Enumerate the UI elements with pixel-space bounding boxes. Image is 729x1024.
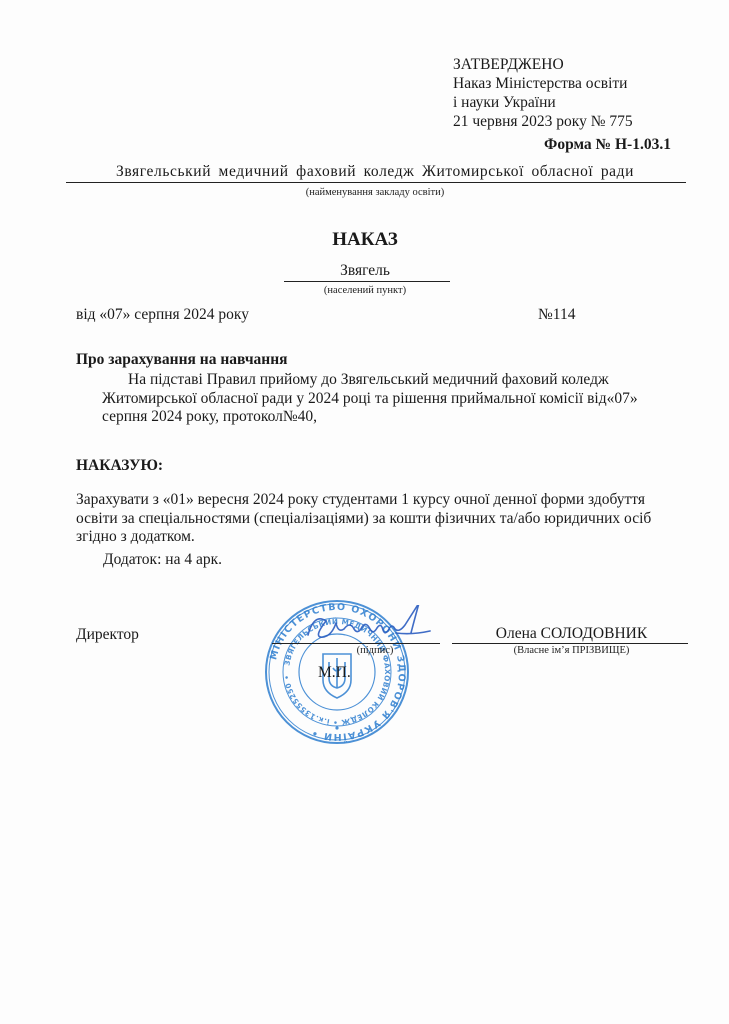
city-underline: [284, 281, 450, 282]
city-name: Звягель: [285, 262, 445, 280]
signatory-name: Олена СОЛОДОВНИК: [455, 625, 688, 643]
institution-underline: [66, 182, 686, 183]
name-underline: [452, 643, 688, 644]
order-text: Зарахувати з «01» вересня 2024 року студ…: [76, 491, 676, 547]
approval-line: і науки України: [453, 93, 633, 112]
city-caption: (населений пункт): [285, 285, 445, 296]
document-title: НАКАЗ: [240, 229, 490, 251]
form-number: Форма № Н-1.03.1: [544, 136, 671, 154]
name-caption: (Власне ім’я ПРІЗВИЩЕ): [455, 645, 688, 656]
basis-text: На підставі Правил прийому до Звягельськ…: [76, 371, 676, 427]
document-page: ЗАТВЕРДЖЕНО Наказ Міністерства освіти і …: [0, 0, 729, 1024]
approval-line: ЗАТВЕРДЖЕНО: [453, 55, 633, 74]
signature-caption: (підпис): [340, 645, 410, 656]
signature-underline: [272, 643, 440, 644]
institution-name: Звягельський медичний фаховий коледж Жит…: [66, 163, 684, 181]
order-date: від «07» серпня 2024 року: [76, 306, 249, 324]
order-number: №114: [538, 306, 575, 324]
approval-block: ЗАТВЕРДЖЕНО Наказ Міністерства освіти і …: [453, 55, 633, 131]
approval-line: Наказ Міністерства освіти: [453, 74, 633, 93]
basis-paragraph: На підставі Правил прийому до Звягельськ…: [76, 371, 676, 427]
attachment-note: Додаток: на 4 арк.: [103, 551, 222, 569]
signatory-position: Директор: [76, 626, 139, 644]
institution-caption: (найменування закладу освіти): [66, 187, 684, 198]
approval-line: 21 червня 2023 року № 775: [453, 112, 633, 131]
stamp-place-mark: М.П.: [318, 664, 351, 682]
order-subject: Про зарахування на навчання: [76, 351, 288, 369]
order-heading: НАКАЗУЮ:: [76, 457, 163, 475]
